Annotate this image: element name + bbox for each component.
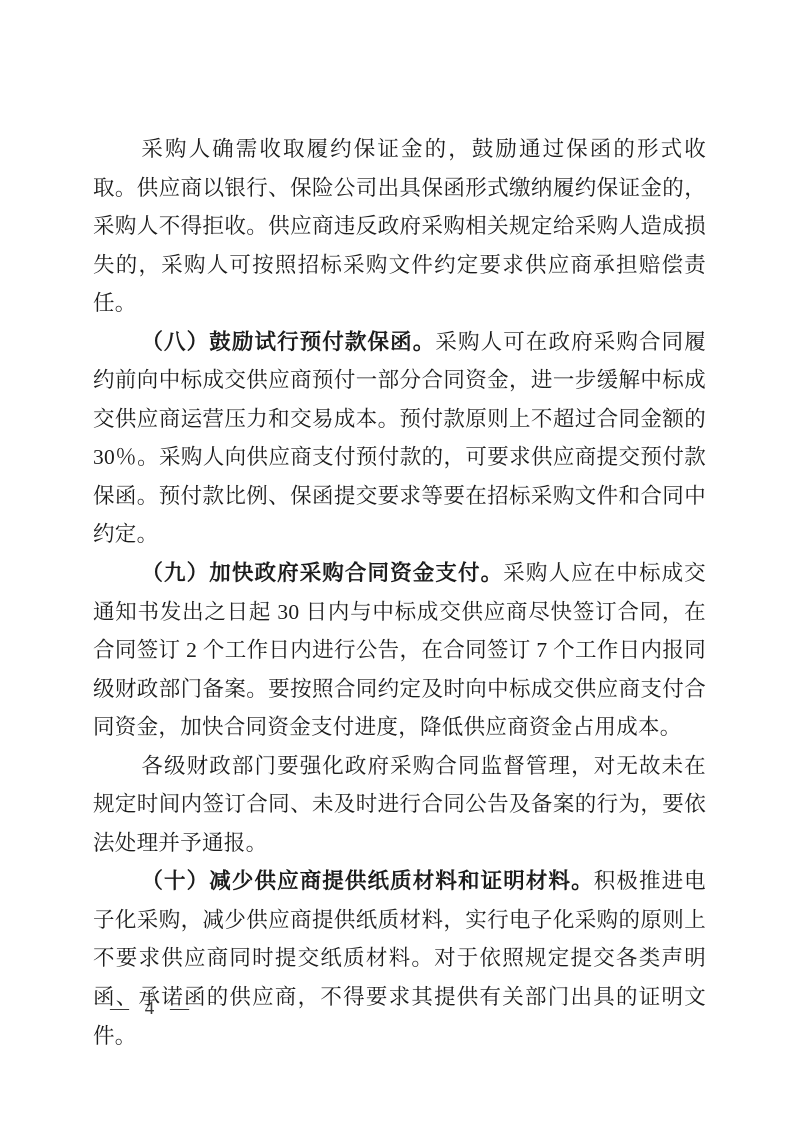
paragraph-text: 采购人应在中标成交通知书发出之日起 30 日内与中标成交供应商尽快签订合同，在合…	[93, 561, 706, 739]
document-page: 采购人确需收取履约保证金的，鼓励通过保函的形式收取。供应商以银行、保险公司出具保…	[0, 0, 793, 1122]
paragraph: （十）减少供应商提供纸质材料和证明材料。积极推进电子化采购，减少供应商提供纸质材…	[93, 862, 706, 1055]
paragraph: 各级财政部门要强化政府采购合同监督管理，对无故未在规定时间内签订合同、未及时进行…	[93, 747, 706, 863]
paragraph: （八）鼓励试行预付款保函。采购人可在政府采购合同履约前向中标成交供应商预付一部分…	[93, 323, 706, 554]
paragraph: （九）加快政府采购合同资金支付。采购人应在中标成交通知书发出之日起 30 日内与…	[93, 554, 706, 747]
paragraph-text: 各级财政部门要强化政府采购合同监督管理，对无故未在规定时间内签订合同、未及时进行…	[93, 754, 706, 855]
paragraph-heading: （十）减少供应商提供纸质材料和证明材料。	[141, 869, 593, 893]
paragraph-heading: （九）加快政府采购合同资金支付。	[141, 561, 503, 585]
paragraph-heading: （八）鼓励试行预付款保函。	[141, 330, 435, 354]
paragraph-text: 采购人确需收取履约保证金的，鼓励通过保函的形式收取。供应商以银行、保险公司出具保…	[93, 137, 706, 315]
page-number: — 4 —	[110, 998, 190, 1020]
paragraph: 采购人确需收取履约保证金的，鼓励通过保函的形式收取。供应商以银行、保险公司出具保…	[93, 130, 706, 323]
document-body: 采购人确需收取履约保证金的，鼓励通过保函的形式收取。供应商以银行、保险公司出具保…	[93, 130, 706, 1055]
paragraph-text: 采购人可在政府采购合同履约前向中标成交供应商预付一部分合同资金，进一步缓解中标成…	[93, 330, 706, 547]
paragraph-text: 积极推进电子化采购，减少供应商提供纸质材料，实行电子化采购的原则上不要求供应商同…	[93, 869, 706, 1047]
